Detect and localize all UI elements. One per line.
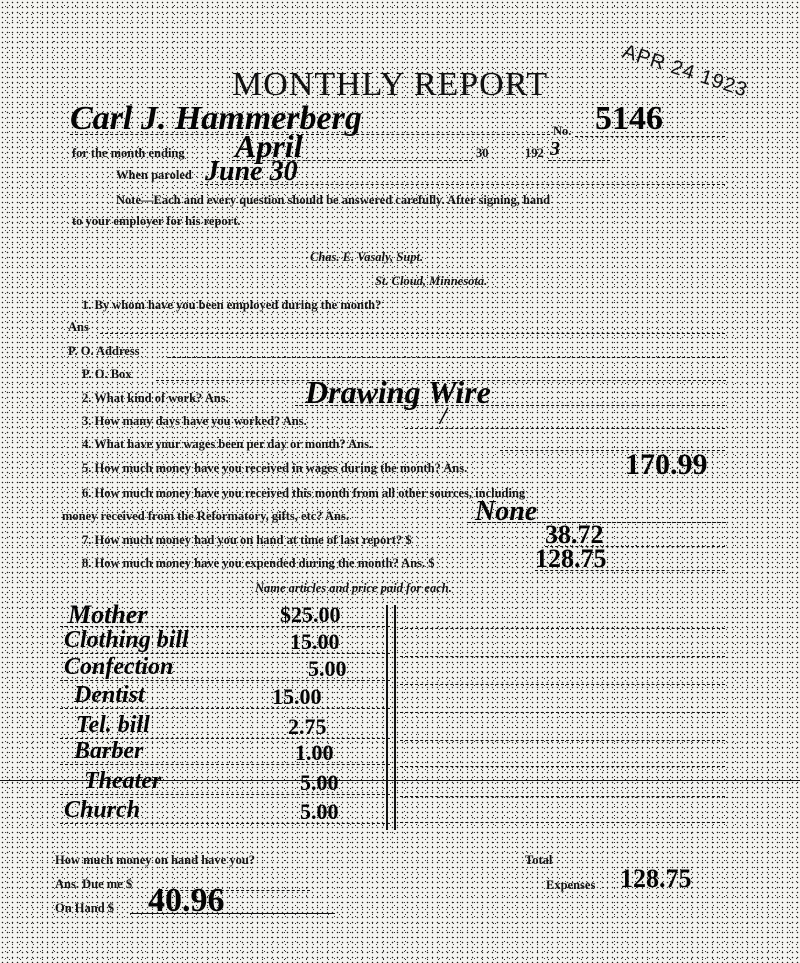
ledger-blank-line: [400, 684, 725, 685]
ledger-blank-line: [400, 712, 725, 713]
answer-1-line: [100, 333, 725, 334]
ledger-blank-line: [400, 740, 725, 741]
on-hand-value: 40.96: [148, 882, 225, 920]
received-date-stamp: APR 24 1923: [620, 40, 751, 102]
question-6-line-2: money received from the Reformatory, gif…: [62, 509, 349, 524]
paroled-label: When paroled: [116, 168, 192, 183]
ledger-blank-line: [400, 656, 725, 657]
ledger-blank-line: [400, 796, 725, 797]
article-price: 2.75: [288, 714, 327, 740]
question-4: 4. What have your wages been per day or …: [82, 437, 372, 452]
article-price: 5.00: [300, 799, 339, 825]
question-8: 8. How much money have you expended duri…: [82, 556, 434, 571]
article-name: Confection: [64, 654, 173, 681]
expenses-value: 128.75: [620, 864, 692, 894]
number-line: [575, 136, 725, 137]
question-1: 1. By whom have you been employed during…: [82, 298, 381, 313]
article-row: Mother $25.00: [60, 600, 390, 626]
article-price: 15.00: [290, 629, 340, 655]
answer-6: None: [475, 496, 537, 528]
po-box-label: P. O. Box: [82, 367, 132, 382]
year-value: 3: [550, 138, 560, 161]
due-me-label: Ans. Due me $: [55, 877, 132, 892]
paroled-line: [200, 184, 725, 185]
article-price: 15.00: [272, 684, 322, 710]
ledger-divider-right: [394, 605, 396, 830]
article-name: Theater: [84, 768, 161, 795]
article-price: 5.00: [308, 656, 347, 682]
answer-5: 170.99: [625, 448, 708, 482]
row-line: [60, 794, 390, 795]
answer-2-line: [295, 405, 725, 406]
ledger-blank-line: [400, 822, 725, 823]
article-row: Tel. bill 2.75: [60, 712, 390, 738]
article-row: Clothing bill 15.00: [60, 627, 390, 653]
article-row: Church 5.00: [60, 797, 390, 823]
article-name: Tel. bill: [76, 712, 150, 739]
page-title: MONTHLY REPORT: [232, 66, 548, 104]
po-address-line: [168, 357, 725, 358]
articles-heading: Name articles and price paid for each.: [255, 581, 452, 596]
ledger-blank-line: [400, 766, 725, 767]
row-line: [60, 764, 390, 765]
number-label: No.: [553, 124, 571, 139]
question-5: 5. How much money have you received in w…: [82, 461, 467, 476]
superintendent: Chas. E. Vasaly, Supt.: [310, 250, 423, 265]
note-line-2: to your employer for his report.: [72, 214, 241, 229]
note-line-1: Note—Each and every question should be a…: [116, 193, 550, 208]
ledger-blank-line: [400, 628, 725, 629]
location: St. Cloud, Minnesota.: [375, 274, 487, 289]
answer-3: /: [440, 404, 447, 431]
question-3: 3. How many days have you worked? Ans.: [82, 414, 307, 429]
article-name: Clothing bill: [64, 627, 189, 654]
month-label: for the month ending: [72, 146, 185, 161]
article-name: Barber: [74, 738, 143, 765]
po-address-label: P. O. Address: [68, 344, 140, 359]
answer-3-line: [405, 428, 725, 429]
article-price: $25.00: [280, 602, 341, 628]
parolee-name: Carl J. Hammerberg: [70, 100, 362, 138]
answer-8-line: [535, 570, 725, 571]
article-name: Dentist: [74, 682, 145, 709]
article-row: Confection 5.00: [60, 654, 390, 680]
row-line: [60, 823, 390, 824]
on-hand-line: [130, 913, 335, 914]
article-row: Barber 1.00: [60, 738, 390, 764]
total-label: Total: [525, 853, 552, 868]
on-hand-label: On Hand $: [55, 901, 114, 916]
question-6-line-1: 6. How much money have you received this…: [82, 486, 525, 501]
answer-1-label: Ans: [68, 320, 89, 335]
parolee-number: 5146: [595, 100, 663, 138]
article-row: Dentist 15.00: [60, 682, 390, 708]
question-2: 2. What kind of work? Ans.: [82, 391, 229, 406]
year-line: [548, 160, 610, 161]
expenses-label: Expenses: [546, 878, 595, 893]
article-row: Theater 5.00: [60, 768, 390, 794]
day-value: 30: [476, 146, 489, 161]
on-hand-question: How much money on hand have you?: [55, 853, 255, 868]
question-7: 7. How much money had you on hand at tim…: [82, 533, 412, 548]
row-line: [60, 680, 390, 681]
row-line: [60, 708, 390, 709]
article-name: Church: [64, 797, 140, 824]
year-prefix: 192: [525, 146, 544, 161]
name-line: [70, 134, 550, 135]
article-price: 5.00: [300, 770, 339, 796]
article-price: 1.00: [295, 740, 334, 766]
